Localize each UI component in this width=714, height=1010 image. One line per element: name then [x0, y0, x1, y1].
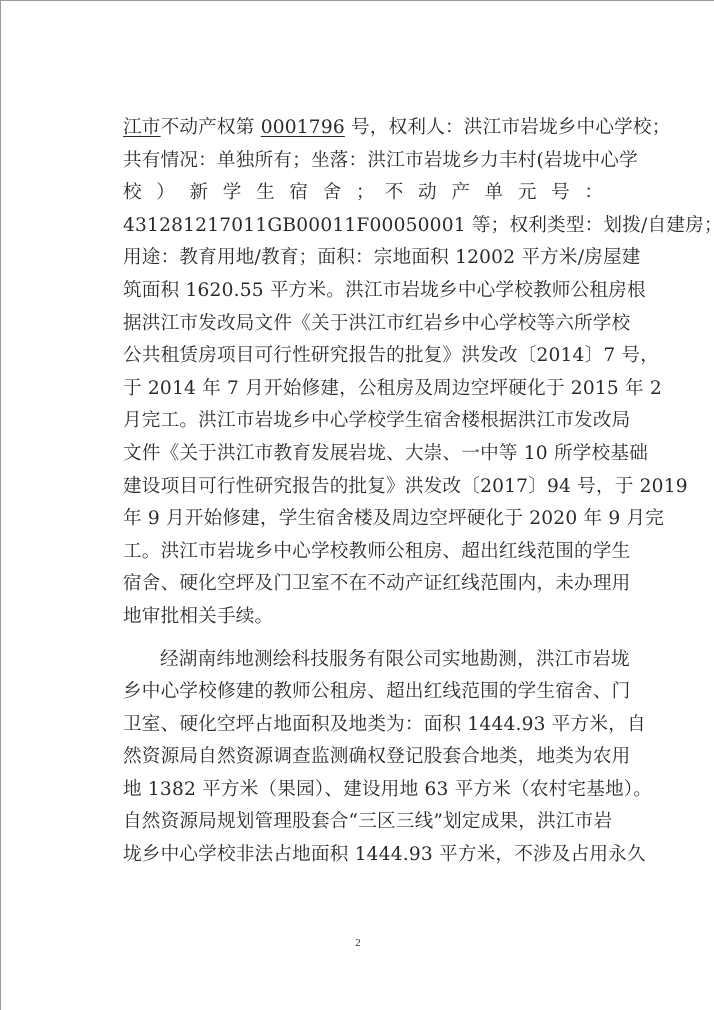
text-line: 于 2014 年 7 月开始修建，公租房及周边空坪硬化于 2015 年 2 — [123, 373, 603, 406]
text-line: 建设项目可行性研究报告的批复》洪发改〔2017〕94 号，于 2019 — [123, 471, 603, 504]
underlined-text: 江市 — [123, 117, 161, 138]
page-number: 2 — [1, 937, 714, 949]
text-line: 江市不动产权第 0001796 号，权利人：洪江市岩垅乡中心学校； — [123, 112, 603, 145]
text-line: 垅乡中心学校非法占地面积 1444.93 平方米，不涉及占用永久 — [123, 839, 603, 872]
paragraph-survey-results: 经湖南纬地测绘科技服务有限公司实地勘测，洪江市岩垅 乡中心学校修建的教师公租房、… — [123, 644, 603, 872]
text-line: 经湖南纬地测绘科技服务有限公司实地勘测，洪江市岩垅 — [123, 644, 603, 677]
text-line: 乡中心学校修建的教师公租房、超出红线范围的学生宿舍、门 — [123, 676, 603, 709]
certificate-number: 0001796 — [261, 117, 345, 138]
text-line: 宿舍、硬化空坪及门卫室不在不动产证红线范围内，未办理用 — [123, 568, 603, 601]
text-line: 地 1382 平方米（果园）、建设用地 63 平方米（农村宅基地）。 — [123, 774, 603, 807]
text-line: 431281217011GB00011F00050001 等；权利类型：划拨/自… — [123, 210, 603, 243]
text-line: 月完工。洪江市岩垅乡中心学校学生宿舍楼根据洪江市发改局 — [123, 405, 603, 438]
text-line: 地审批相关手续。 — [123, 601, 603, 634]
text-line: 公共租赁房项目可行性研究报告的批复》洪发改〔2014〕7 号， — [123, 340, 603, 373]
paragraph-property-info: 江市不动产权第 0001796 号，权利人：洪江市岩垅乡中心学校； 共有情况：单… — [123, 112, 603, 634]
text-line: 据洪江市发改局文件《关于洪江市红岩乡中心学校等六所学校 — [123, 308, 603, 341]
text-line: 自然资源局规划管理股套合“三区三线”划定成果，洪江市岩 — [123, 806, 603, 839]
text-line: 然资源局自然资源调查监测确权登记股套合地类，地类为农用 — [123, 741, 603, 774]
text-line: 筑面积 1620.55 平方米。洪江市岩垅乡中心学校教师公租房根 — [123, 275, 603, 308]
text-line: 用途：教育用地/教育；面积：宗地面积 12002 平方米/房屋建 — [123, 242, 603, 275]
text-line: 卫室、硬化空坪占地面积及地类为：面积 1444.93 平方米，自 — [123, 709, 603, 742]
text-line: 年 9 月开始修建，学生宿舍楼及周边空坪硬化于 2020 年 9 月完 — [123, 503, 603, 536]
text-line: 工。洪江市岩垅乡中心学校教师公租房、超出红线范围的学生 — [123, 536, 603, 569]
text-line: 文件《关于洪江市教育发展岩垅、大崇、一中等 10 所学校基础 — [123, 438, 603, 471]
body-text: 江市不动产权第 0001796 号，权利人：洪江市岩垅乡中心学校； 共有情况：单… — [123, 112, 603, 872]
document-page: 江市不动产权第 0001796 号，权利人：洪江市岩垅乡中心学校； 共有情况：单… — [0, 0, 714, 1010]
paragraph-spacer — [123, 634, 603, 644]
text-line: 共有情况：单独所有；坐落：洪江市岩垅乡力丰村(岩垅中心学 — [123, 145, 603, 178]
text-line: 校 ） 新 学 生 宿 舍 ； 不 动 产 单 元 号 ： — [123, 177, 603, 210]
